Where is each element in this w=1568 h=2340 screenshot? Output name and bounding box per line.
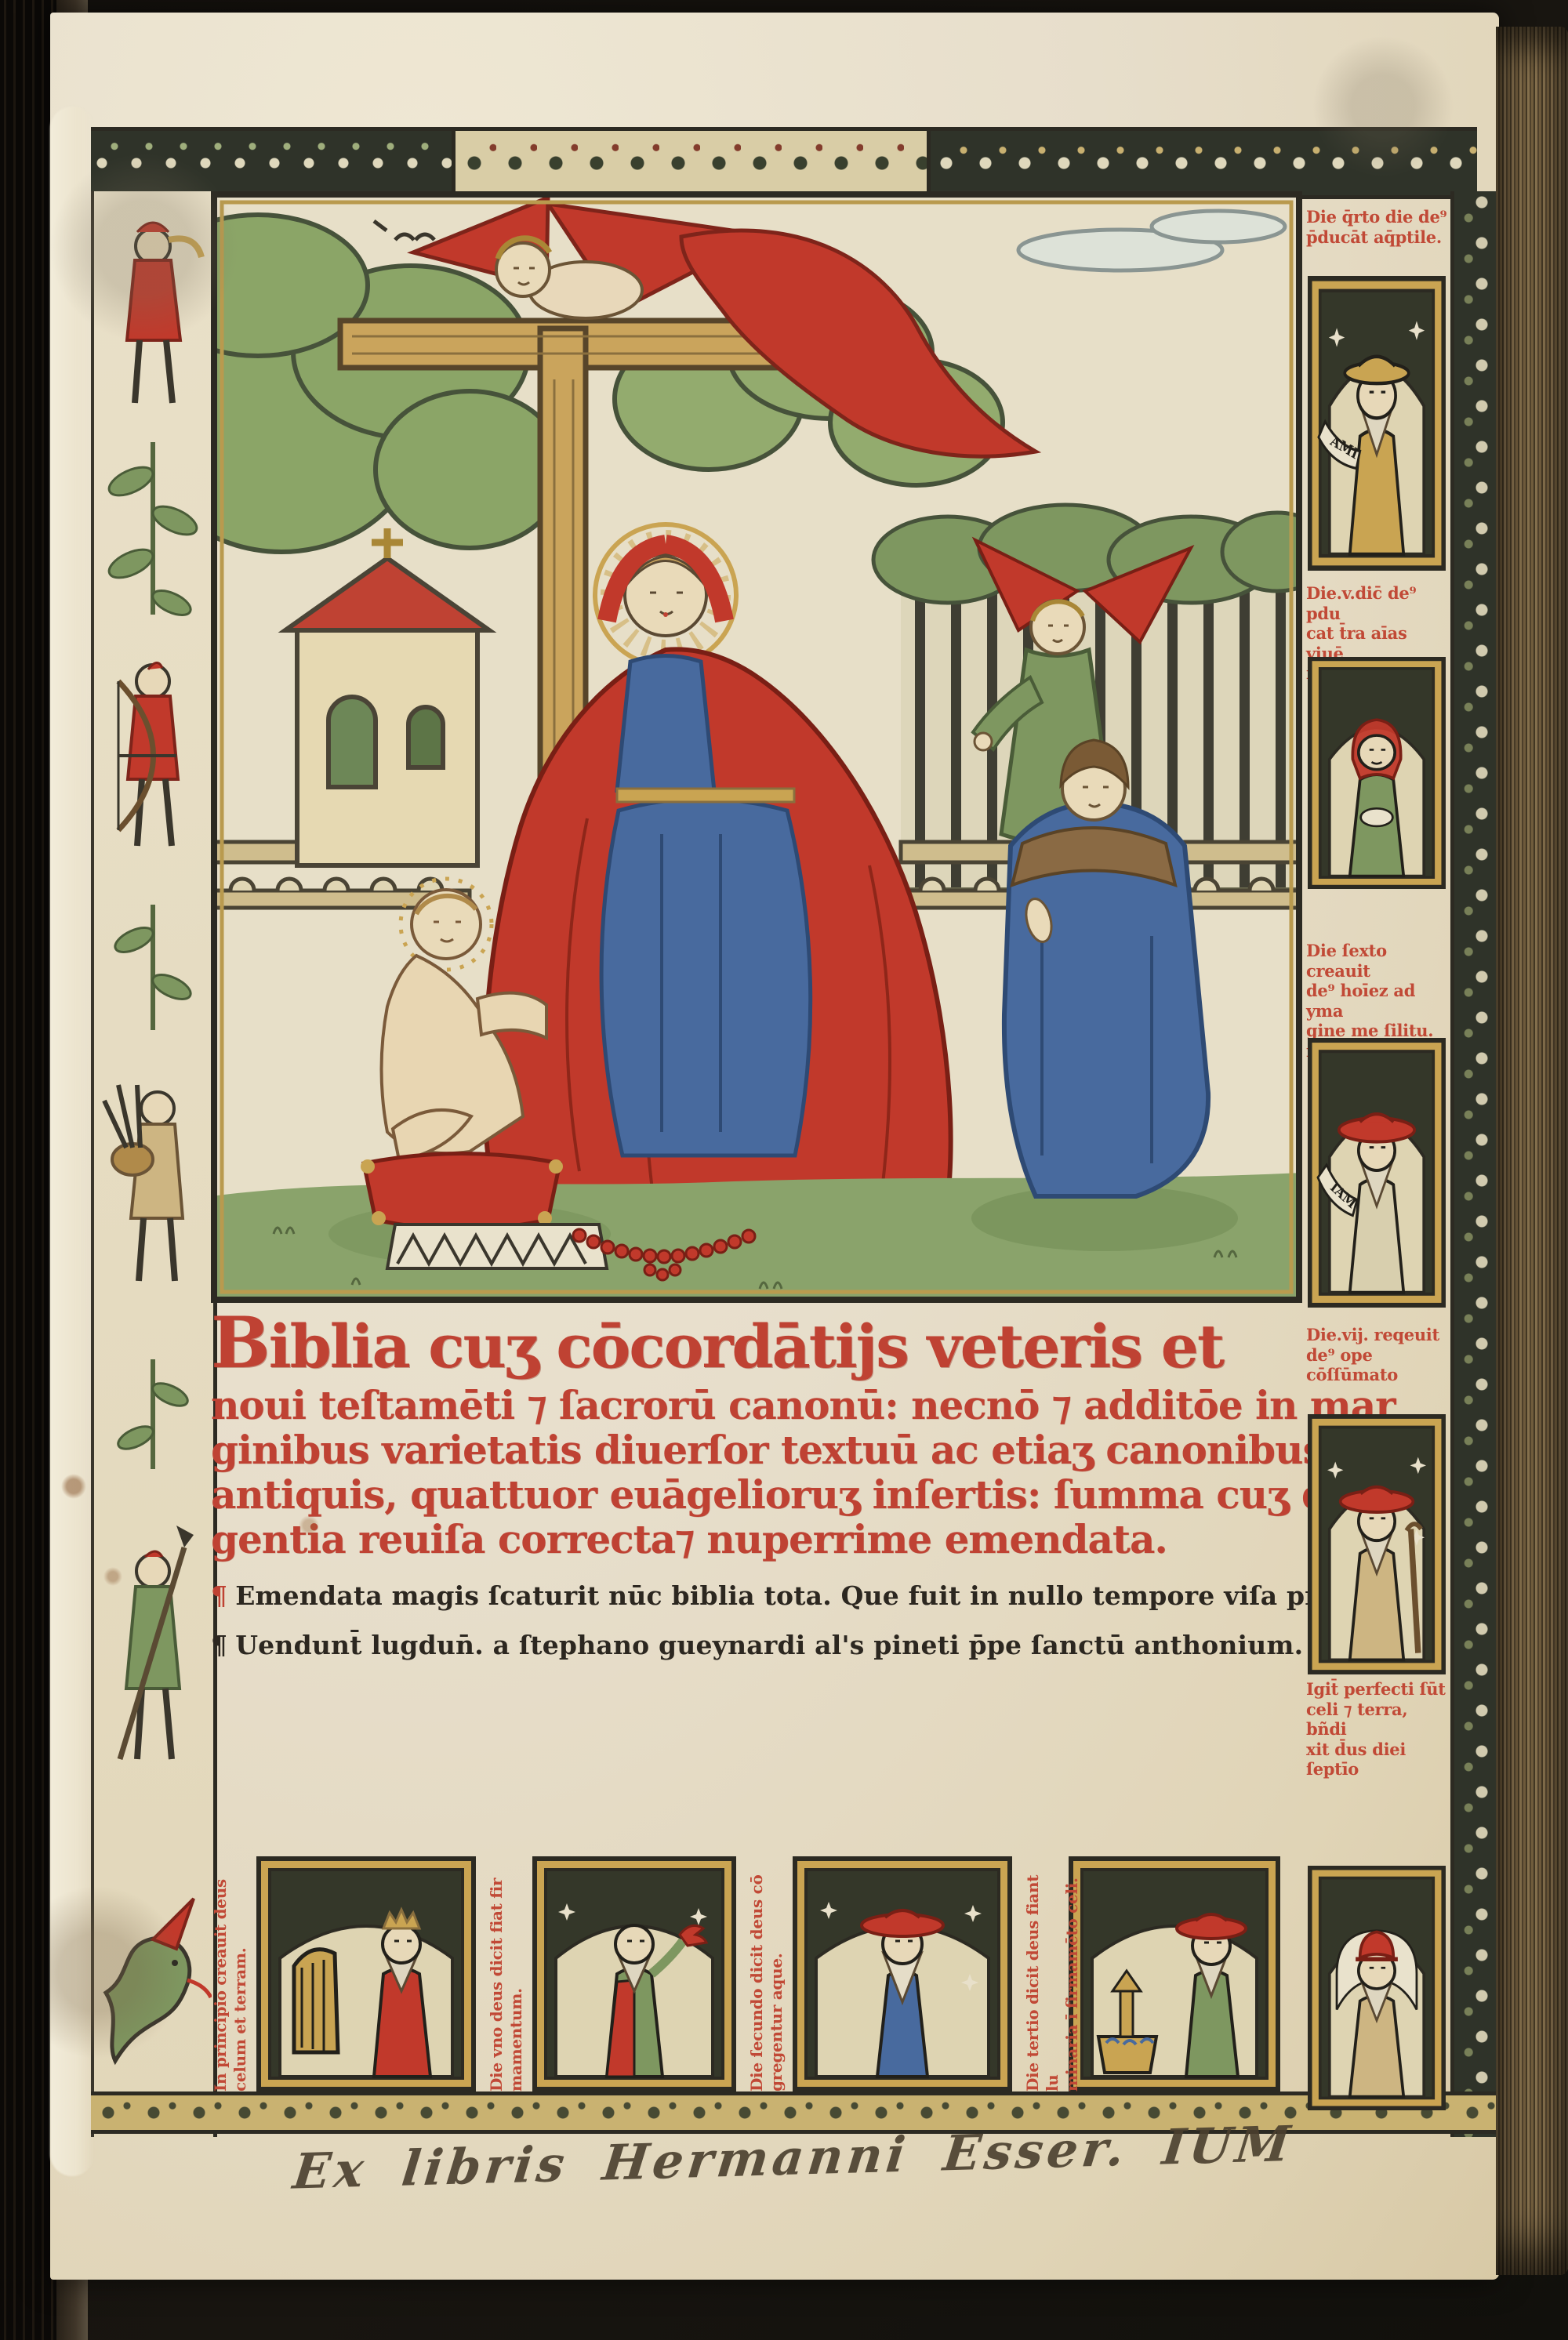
figure-with-red-bird bbox=[532, 1856, 736, 2091]
panel-caption-in-principio: In principio creauit deus celum et terra… bbox=[211, 1856, 256, 2095]
creation-days-bottom-row: In principio creauit deus celum et terra… bbox=[211, 1856, 1302, 2091]
woodcut-panel-day2 bbox=[793, 1856, 1012, 2091]
border-foliage-sprig bbox=[105, 442, 201, 620]
panel-caption-day1: Die vno deus dicit fiat fir mamentum. bbox=[487, 1856, 532, 2095]
book-spine bbox=[0, 0, 56, 2340]
border-figure-spearman bbox=[120, 1526, 194, 1759]
title-line-3: ginibus varietatis diuerſor textuū ac et… bbox=[211, 1428, 1302, 1472]
imprint-line-1: ¶Emendata magis ſcaturit nūc biblia tota… bbox=[211, 1580, 1302, 1611]
panel-caption-day7: Die.vij. reqeuit de⁹ ope cōſſūmato bbox=[1306, 1325, 1447, 1385]
king-david-with-harp bbox=[256, 1856, 476, 2091]
ornamental-border-top bbox=[91, 127, 1477, 199]
prophet-red-cap-scarf bbox=[1308, 1866, 1446, 2110]
panel-caption-sabbath: Igit̄ perfecti ſūt celi ⁊ terra, bñdi xi… bbox=[1306, 1679, 1447, 1779]
panel-group-creation: In principio creauit deus celum et terra… bbox=[211, 1856, 476, 2091]
woodcut-panel-day3 bbox=[1069, 1856, 1280, 2091]
panel-caption-day4: Die q̄rto die de⁹ p̄ducāt aq̄ptile. bbox=[1306, 207, 1447, 247]
border-figure-bagpiper bbox=[104, 1085, 183, 1281]
border-figure-archer bbox=[118, 662, 178, 846]
border-candelabra-segment bbox=[91, 131, 452, 195]
woodcut-panel-day4: AMI bbox=[1308, 276, 1446, 571]
panel-caption-day3: Die tertio dicit deus fiant lu minaria ī… bbox=[1023, 1856, 1069, 2095]
paragraph-mark: ¶ bbox=[211, 1580, 227, 1611]
woodcut-panel-king-david bbox=[256, 1856, 476, 2091]
woodcut-panel-day1 bbox=[532, 1856, 736, 2091]
border-figure-hunter-with-horn bbox=[127, 223, 201, 403]
title-page: Biblia cuʒ cōcordātijs veteris et noui t… bbox=[50, 13, 1499, 2280]
woodcut-panel-day5 bbox=[1308, 657, 1446, 889]
imprint-text-2: Uendunt̄ lugdun̄. a ſtephano gueynardi a… bbox=[235, 1630, 1303, 1660]
title-line-1: Biblia cuʒ cōcordātijs veteris et bbox=[211, 1304, 1302, 1383]
main-woodcut bbox=[211, 191, 1302, 1303]
border-figures bbox=[94, 191, 212, 2137]
border-foliage-sprig bbox=[115, 1359, 191, 1469]
title-line-5: gentia reuiſa correcta⁊ nuperrime emenda… bbox=[211, 1517, 1302, 1562]
border-foliage-sprig bbox=[111, 905, 194, 1030]
border-floral-light-segment bbox=[452, 131, 931, 195]
title-block: Biblia cuʒ cōcordātijs veteris et noui t… bbox=[211, 1304, 1302, 1660]
prophet-gold-hat: AMI bbox=[1308, 276, 1446, 571]
book-fore-edge bbox=[1496, 27, 1568, 2275]
prophet-wide-red-hat-scroll: IAM bbox=[1308, 1038, 1446, 1308]
paragraph-mark: ¶ bbox=[211, 1630, 227, 1660]
figure-at-fountain bbox=[1069, 1856, 1280, 2091]
panel-caption-day2: Die ſecundo dicit deus cō gregentur aque… bbox=[747, 1856, 793, 2095]
imprint-text-1: Emendata magis ſcaturit nūc biblia tota.… bbox=[235, 1580, 1371, 1611]
prophet-blue-robe-stars bbox=[793, 1856, 1012, 2091]
creation-days-column: Die q̄rto die de⁹ p̄ducāt aq̄ptile. AMI bbox=[1305, 191, 1449, 2137]
woodcut-panel-day6: IAM bbox=[1308, 1038, 1446, 1308]
panel-group-day3: Die tertio dicit deus fiant lu minaria ī… bbox=[1023, 1856, 1280, 2091]
ornamental-border-left bbox=[91, 191, 217, 2137]
woodcut-panel-day7 bbox=[1308, 1414, 1446, 1674]
border-figure-dragon bbox=[106, 1899, 211, 2061]
woodcut-panel-sabbath bbox=[1308, 1866, 1446, 2110]
imprint-line-2: ¶Uendunt̄ lugdun̄. a ſtephano gueynardi … bbox=[211, 1630, 1302, 1660]
panel-group-day1: Die vno deus dicit fiat fir mamentum. bbox=[487, 1856, 736, 2091]
book-photograph: Biblia cuʒ cōcordātijs veteris et noui t… bbox=[0, 0, 1568, 2340]
prophet-red-hood bbox=[1308, 657, 1446, 889]
page-edge-wear bbox=[50, 107, 94, 2176]
panel-group-day2: Die ſecundo dicit deus cō gregentur aque… bbox=[747, 1856, 1012, 2091]
title-line-2: noui teſtamēti ⁊ ſacrorū canonū: necnō ⁊… bbox=[211, 1383, 1302, 1428]
prophet-with-staff bbox=[1308, 1414, 1446, 1674]
title-line-4: antiquis, quattuor euāgelioruʒ inſertis:… bbox=[211, 1472, 1302, 1517]
border-floral-dark-segment bbox=[931, 131, 1477, 195]
main-woodcut-madonna-and-child bbox=[211, 191, 1302, 1303]
